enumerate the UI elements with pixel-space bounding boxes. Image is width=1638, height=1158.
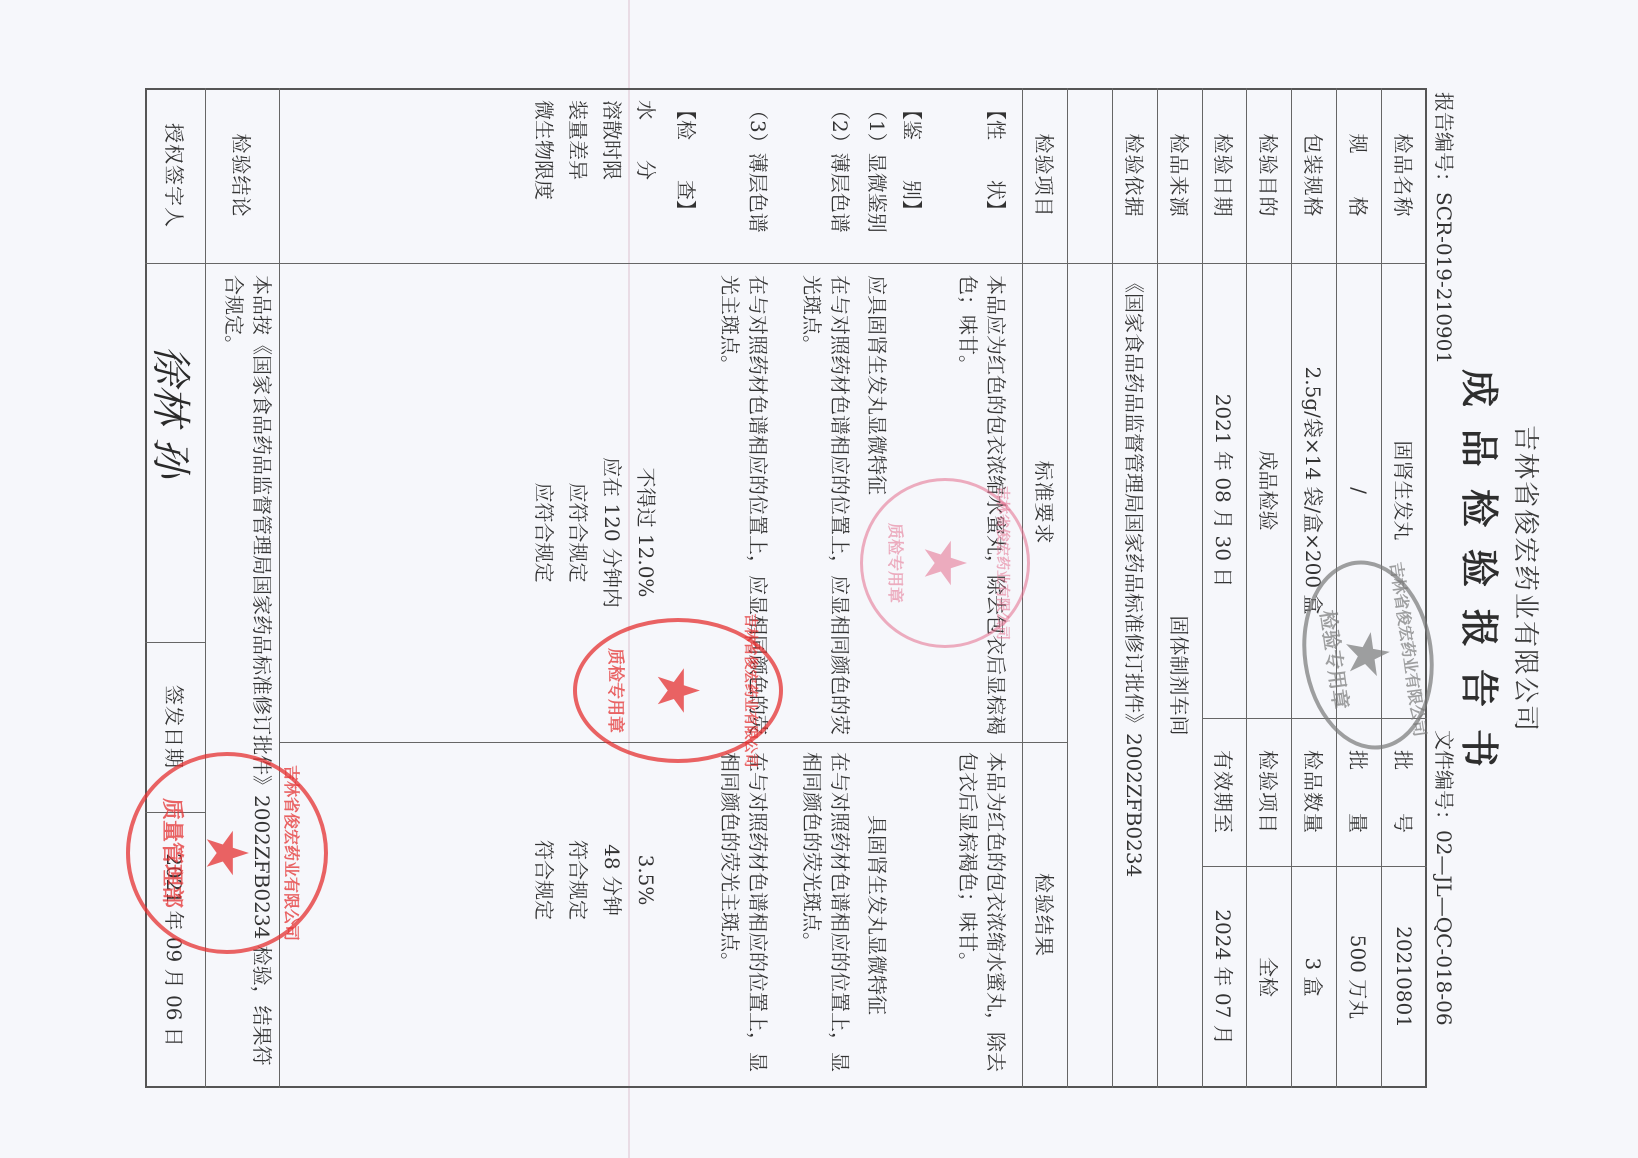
result-item: 【检 查】 (672, 100, 700, 220)
info-label: 检验目的 (1247, 88, 1292, 263)
result-item: 水 分 (632, 100, 660, 180)
info-label: 检验日期 (1203, 88, 1247, 263)
result-item: （3）薄层色谱 (744, 100, 772, 233)
star-icon: ★ (198, 827, 256, 879)
info-value-secondary: 500 万丸 (1337, 866, 1382, 1088)
info-value-secondary: 2024 年 07 月 (1203, 866, 1247, 1088)
result-value: 在与对照药材色谱相应的位置上，显相同颜色的荧光斑点。 (798, 752, 854, 1082)
info-label-secondary: 检验项目 (1247, 718, 1292, 866)
stamp-top-text: 吉林省俊宏药业有限公司 (281, 765, 304, 941)
info-value: 2021 年 08 月 30 日 (1203, 263, 1247, 718)
result-value: 符合规定 (564, 742, 592, 1088)
info-label: 检验依据 (1113, 88, 1158, 263)
result-item: 微生物限度 (530, 100, 558, 200)
report-number-value: SCR-019-210901 (1432, 192, 1456, 364)
result-item: 装量差异 (564, 100, 592, 180)
info-value: 成品检验 (1247, 263, 1292, 718)
result-value: 在与对照药材色谱相应的位置上，显相同颜色的荧光主斑点。 (716, 752, 772, 1082)
company-name: 吉林省俊宏药业有限公司 (1509, 0, 1546, 1158)
result-item: 【性 状】 (982, 100, 1010, 220)
result-value: 本品为红色的包衣浓缩水蜜丸，除去包衣后显棕褐色；味甘。 (954, 752, 1010, 1082)
info-value-secondary: 20210801 (1382, 866, 1427, 1088)
results-header-standard: 标准要求 (1023, 263, 1068, 742)
info-label: 检品来源 (1158, 88, 1203, 263)
result-value: 符合规定 (530, 742, 558, 1088)
info-label-secondary: 检品数量 (1292, 718, 1337, 866)
file-number: 文件编号：02—JL—QC-018-06 (1431, 730, 1460, 1026)
result-value: 48 分钟 (598, 742, 626, 1088)
result-item: （1）显微鉴别 (863, 100, 891, 233)
stamp-bottom-text: 质检专用章 (605, 648, 630, 733)
info-value-secondary: 全检 (1247, 866, 1292, 1088)
signer-label: 授权签字人 (145, 88, 206, 263)
stamp-bottom-text: 质量管理部 (158, 798, 189, 908)
result-value: 具固肾生发丸显微特征 (863, 742, 891, 1088)
result-item: 溶散时限 (598, 100, 626, 180)
stamp-bottom-text: 质检专用章 (885, 523, 908, 603)
result-standard: 在与对照药材色谱相应的位置上，应显相同颜色的荧光斑点。 (798, 275, 854, 735)
file-number-label: 文件编号： (1432, 730, 1456, 830)
result-standard: 应符合规定 (530, 263, 558, 742)
file-number-value: 02—JL—QC-018-06 (1432, 830, 1456, 1026)
result-value: 3.5% (632, 742, 660, 1088)
report-number: 报告编号：SCR-019-210901 (1431, 92, 1460, 364)
quality-dept-stamp: ★ 吉林省俊宏药业有限公司 质量管理部 (126, 752, 328, 954)
info-label: 规 格 (1337, 88, 1382, 263)
result-item: （2）薄层色谱 (826, 100, 854, 233)
qc-stamp-pink: ★ 吉林省俊宏药业有限公司 质检专用章 (860, 478, 1030, 648)
info-label-secondary: 有效期至 (1203, 718, 1247, 866)
result-item: 【鉴 别】 (898, 100, 926, 220)
signature: 徐林 孙 (145, 345, 202, 478)
stamp-top-text: 吉林省俊宏药业有限公司 (741, 614, 761, 768)
star-icon: ★ (649, 665, 707, 717)
results-header-result: 检验结果 (1023, 742, 1068, 1088)
info-value: 《国家食品药品监督管理局国家药品标准修订批件》2002ZFB0234 (1113, 263, 1158, 1088)
info-value-secondary: 3 盒 (1292, 866, 1337, 1088)
report-title: 成品检验报告书 (1455, 0, 1510, 1158)
inspection-report-page: 吉林省俊宏药业有限公司 成品检验报告书 报告编号：SCR-019-210901 … (0, 0, 1638, 1158)
info-label: 包装规格 (1292, 88, 1337, 263)
info-label: 检品名称 (1382, 88, 1427, 263)
stamp-top-text: 吉林省俊宏药业有限公司 (993, 486, 1013, 640)
info-value: 固体制剂车间 (1158, 263, 1203, 1088)
conclusion-label: 检验结论 (206, 88, 280, 263)
qc-stamp-red: ★ 吉林省俊宏药业有限公司 质检专用章 (573, 618, 783, 763)
report-number-label: 报告编号： (1432, 92, 1456, 192)
conclusion-text: 本品按《国家食品药品监督管理局国家药品标准修订批件》2002ZFB0234 检验… (220, 275, 276, 1080)
results-header-item: 检验项目 (1023, 88, 1068, 263)
star-icon: ★ (916, 537, 974, 589)
